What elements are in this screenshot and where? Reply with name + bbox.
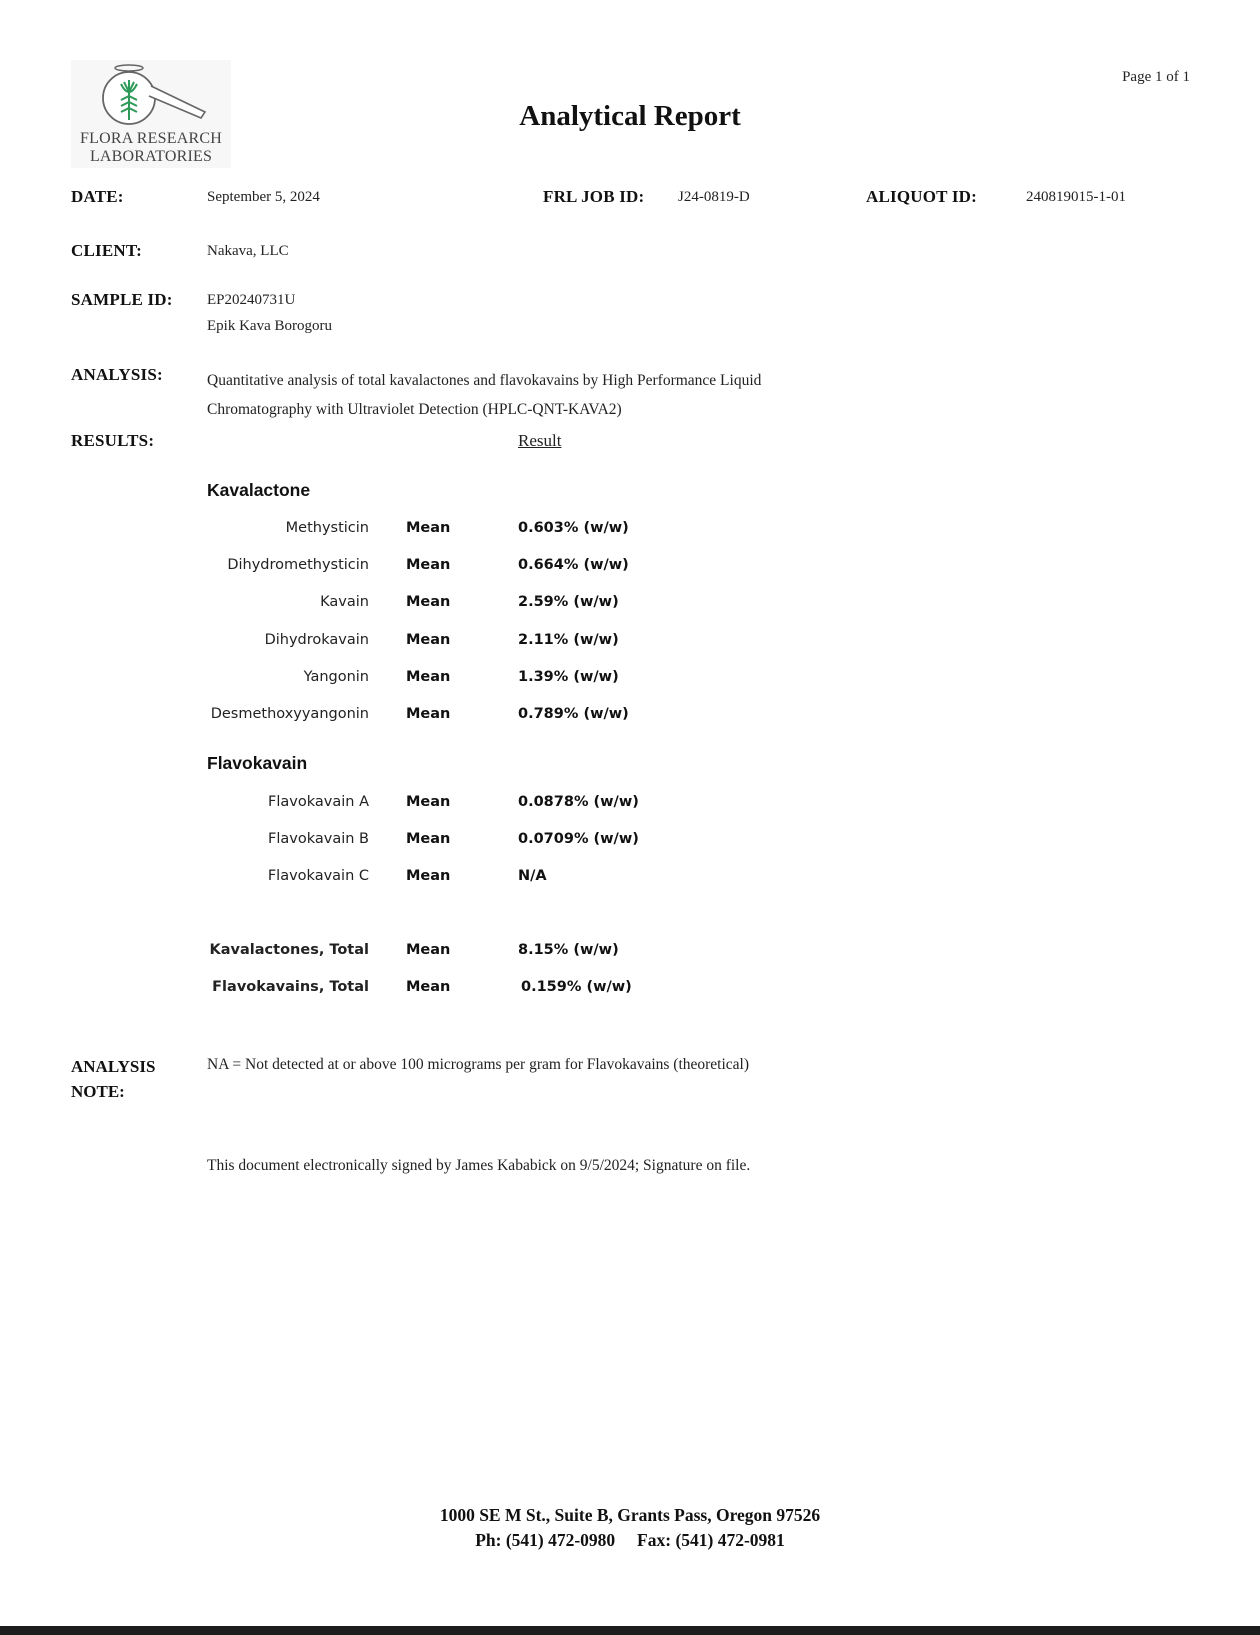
sample-name: Epik Kava Borogoru (207, 318, 332, 335)
result-statistic: Mean (406, 557, 450, 573)
result-statistic: Mean (406, 669, 450, 685)
result-statistic: Mean (406, 632, 450, 648)
result-value: 8.15% (w/w) (518, 942, 619, 958)
result-analyte-name: Flavokavain A (268, 794, 369, 810)
result-value: 0.789% (w/w) (518, 706, 629, 722)
result-value: 1.39% (w/w) (518, 669, 619, 685)
result-analyte-name: Yangonin (304, 669, 369, 685)
result-statistic: Mean (406, 594, 450, 610)
result-value: 0.664% (w/w) (518, 557, 629, 573)
client-value: Nakava, LLC (207, 243, 289, 260)
result-value: 2.11% (w/w) (518, 632, 619, 648)
result-statistic: Mean (406, 868, 450, 884)
date-label: DATE: (71, 187, 124, 207)
result-analyte-name: Kavain (320, 594, 369, 610)
result-analyte-name: Methysticin (286, 520, 369, 536)
client-label: CLIENT: (71, 241, 142, 261)
result-value: 0.603% (w/w) (518, 520, 629, 536)
result-analyte-name: Desmethoxyyangonin (211, 706, 369, 722)
result-analyte-name: Dihydrokavain (265, 632, 369, 648)
analysis-description: Quantitative analysis of total kavalacto… (207, 366, 761, 424)
job-id-label: FRL JOB ID: (543, 187, 644, 207)
page-indicator: Page 1 of 1 (1122, 69, 1190, 86)
result-statistic: Mean (406, 831, 450, 847)
analysis-line-1: Quantitative analysis of total kavalacto… (207, 366, 761, 395)
analysis-note-label-line1: ANALYSIS (71, 1054, 155, 1079)
result-column-header: Result (518, 431, 561, 451)
result-statistic: Mean (406, 520, 450, 536)
result-analyte-name: Kavalactones, Total (210, 942, 369, 958)
analysis-label: ANALYSIS: (71, 365, 163, 385)
analysis-note-text: NA = Not detected at or above 100 microg… (207, 1056, 749, 1074)
result-value: 0.159% (w/w) (521, 979, 632, 995)
bottom-bar (0, 1626, 1260, 1635)
result-statistic: Mean (406, 979, 450, 995)
result-analyte-name: Dihydromethysticin (227, 557, 369, 573)
sample-id-label: SAMPLE ID: (71, 290, 173, 310)
page-title: Analytical Report (0, 100, 1260, 133)
analysis-line-2: Chromatography with Ultraviolet Detectio… (207, 395, 761, 424)
kavalactone-group-title: Kavalactone (207, 480, 310, 501)
results-label: RESULTS: (71, 431, 154, 451)
aliquot-id-value: 240819015-1-01 (1026, 189, 1126, 206)
footer-phone-fax: Ph: (541) 472-0980 Fax: (541) 472-0981 (0, 1530, 1260, 1551)
result-analyte-name: Flavokavain B (268, 831, 369, 847)
result-value: 2.59% (w/w) (518, 594, 619, 610)
date-value: September 5, 2024 (207, 189, 320, 206)
job-id-value: J24-0819-D (678, 189, 750, 206)
result-analyte-name: Flavokavains, Total (212, 979, 369, 995)
analysis-note-label-line2: NOTE: (71, 1079, 155, 1104)
result-analyte-name: Flavokavain C (268, 868, 369, 884)
footer-address: 1000 SE M St., Suite B, Grants Pass, Ore… (0, 1505, 1260, 1526)
result-statistic: Mean (406, 942, 450, 958)
aliquot-id-label: ALIQUOT ID: (866, 187, 977, 207)
flavokavain-group-title: Flavokavain (207, 753, 307, 774)
sample-id-value: EP20240731U (207, 292, 295, 309)
logo-text-line2: LABORATORIES (71, 148, 231, 166)
result-statistic: Mean (406, 794, 450, 810)
analysis-note-label: ANALYSIS NOTE: (71, 1054, 155, 1104)
result-value: N/A (518, 868, 547, 884)
result-value: 0.0709% (w/w) (518, 831, 639, 847)
result-statistic: Mean (406, 706, 450, 722)
signature-statement: This document electronically signed by J… (207, 1157, 750, 1175)
result-value: 0.0878% (w/w) (518, 794, 639, 810)
